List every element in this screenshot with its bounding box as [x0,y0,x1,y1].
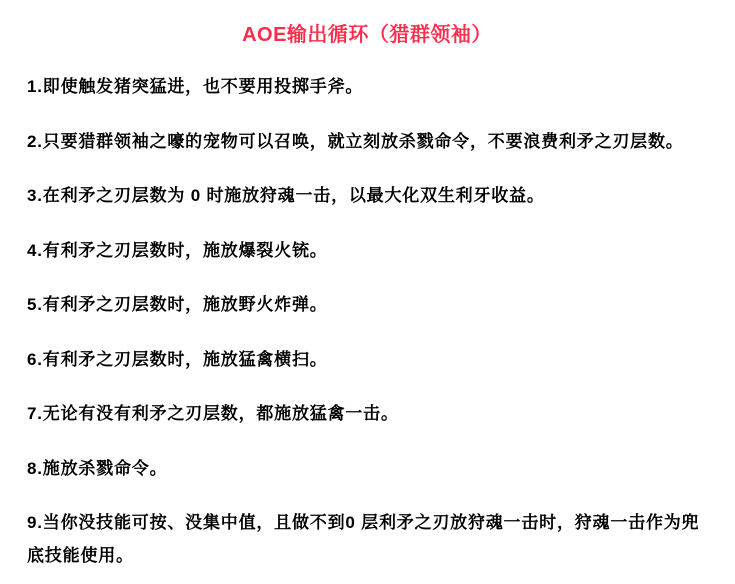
rotation-step-4: 4.有利矛之刃层数时，施放爆裂火铳。 [27,234,707,267]
rotation-step-2: 2.只要猎群领袖之嚎的宠物可以召唤，就立刻放杀戮命令，不要浪费利矛之刃层数。 [27,125,707,158]
rotation-step-3: 3.在利矛之刃层数为 0 时施放狩魂一击，以最大化双生利牙收益。 [27,179,707,212]
aoe-rotation-guide: AOE输出循环（猎群领袖） 1.即使触发猪突猛进，也不要用投掷手斧。 2.只要猎… [0,0,735,572]
rotation-step-1: 1.即使触发猪突猛进，也不要用投掷手斧。 [27,70,707,103]
page-title: AOE输出循环（猎群领袖） [27,24,707,47]
rotation-step-7: 7.无论有没有利矛之刃层数，都施放猛禽一击。 [27,397,707,430]
rotation-step-5: 5.有利矛之刃层数时，施放野火炸弹。 [27,288,707,321]
rotation-step-8: 8.施放杀戮命令。 [27,452,707,485]
rotation-step-9: 9.当你没技能可按、没集中值，且做不到0 层利矛之刃放狩魂一击时，狩魂一击作为兜… [27,506,707,572]
rotation-step-6: 6.有利矛之刃层数时，施放猛禽横扫。 [27,343,707,376]
